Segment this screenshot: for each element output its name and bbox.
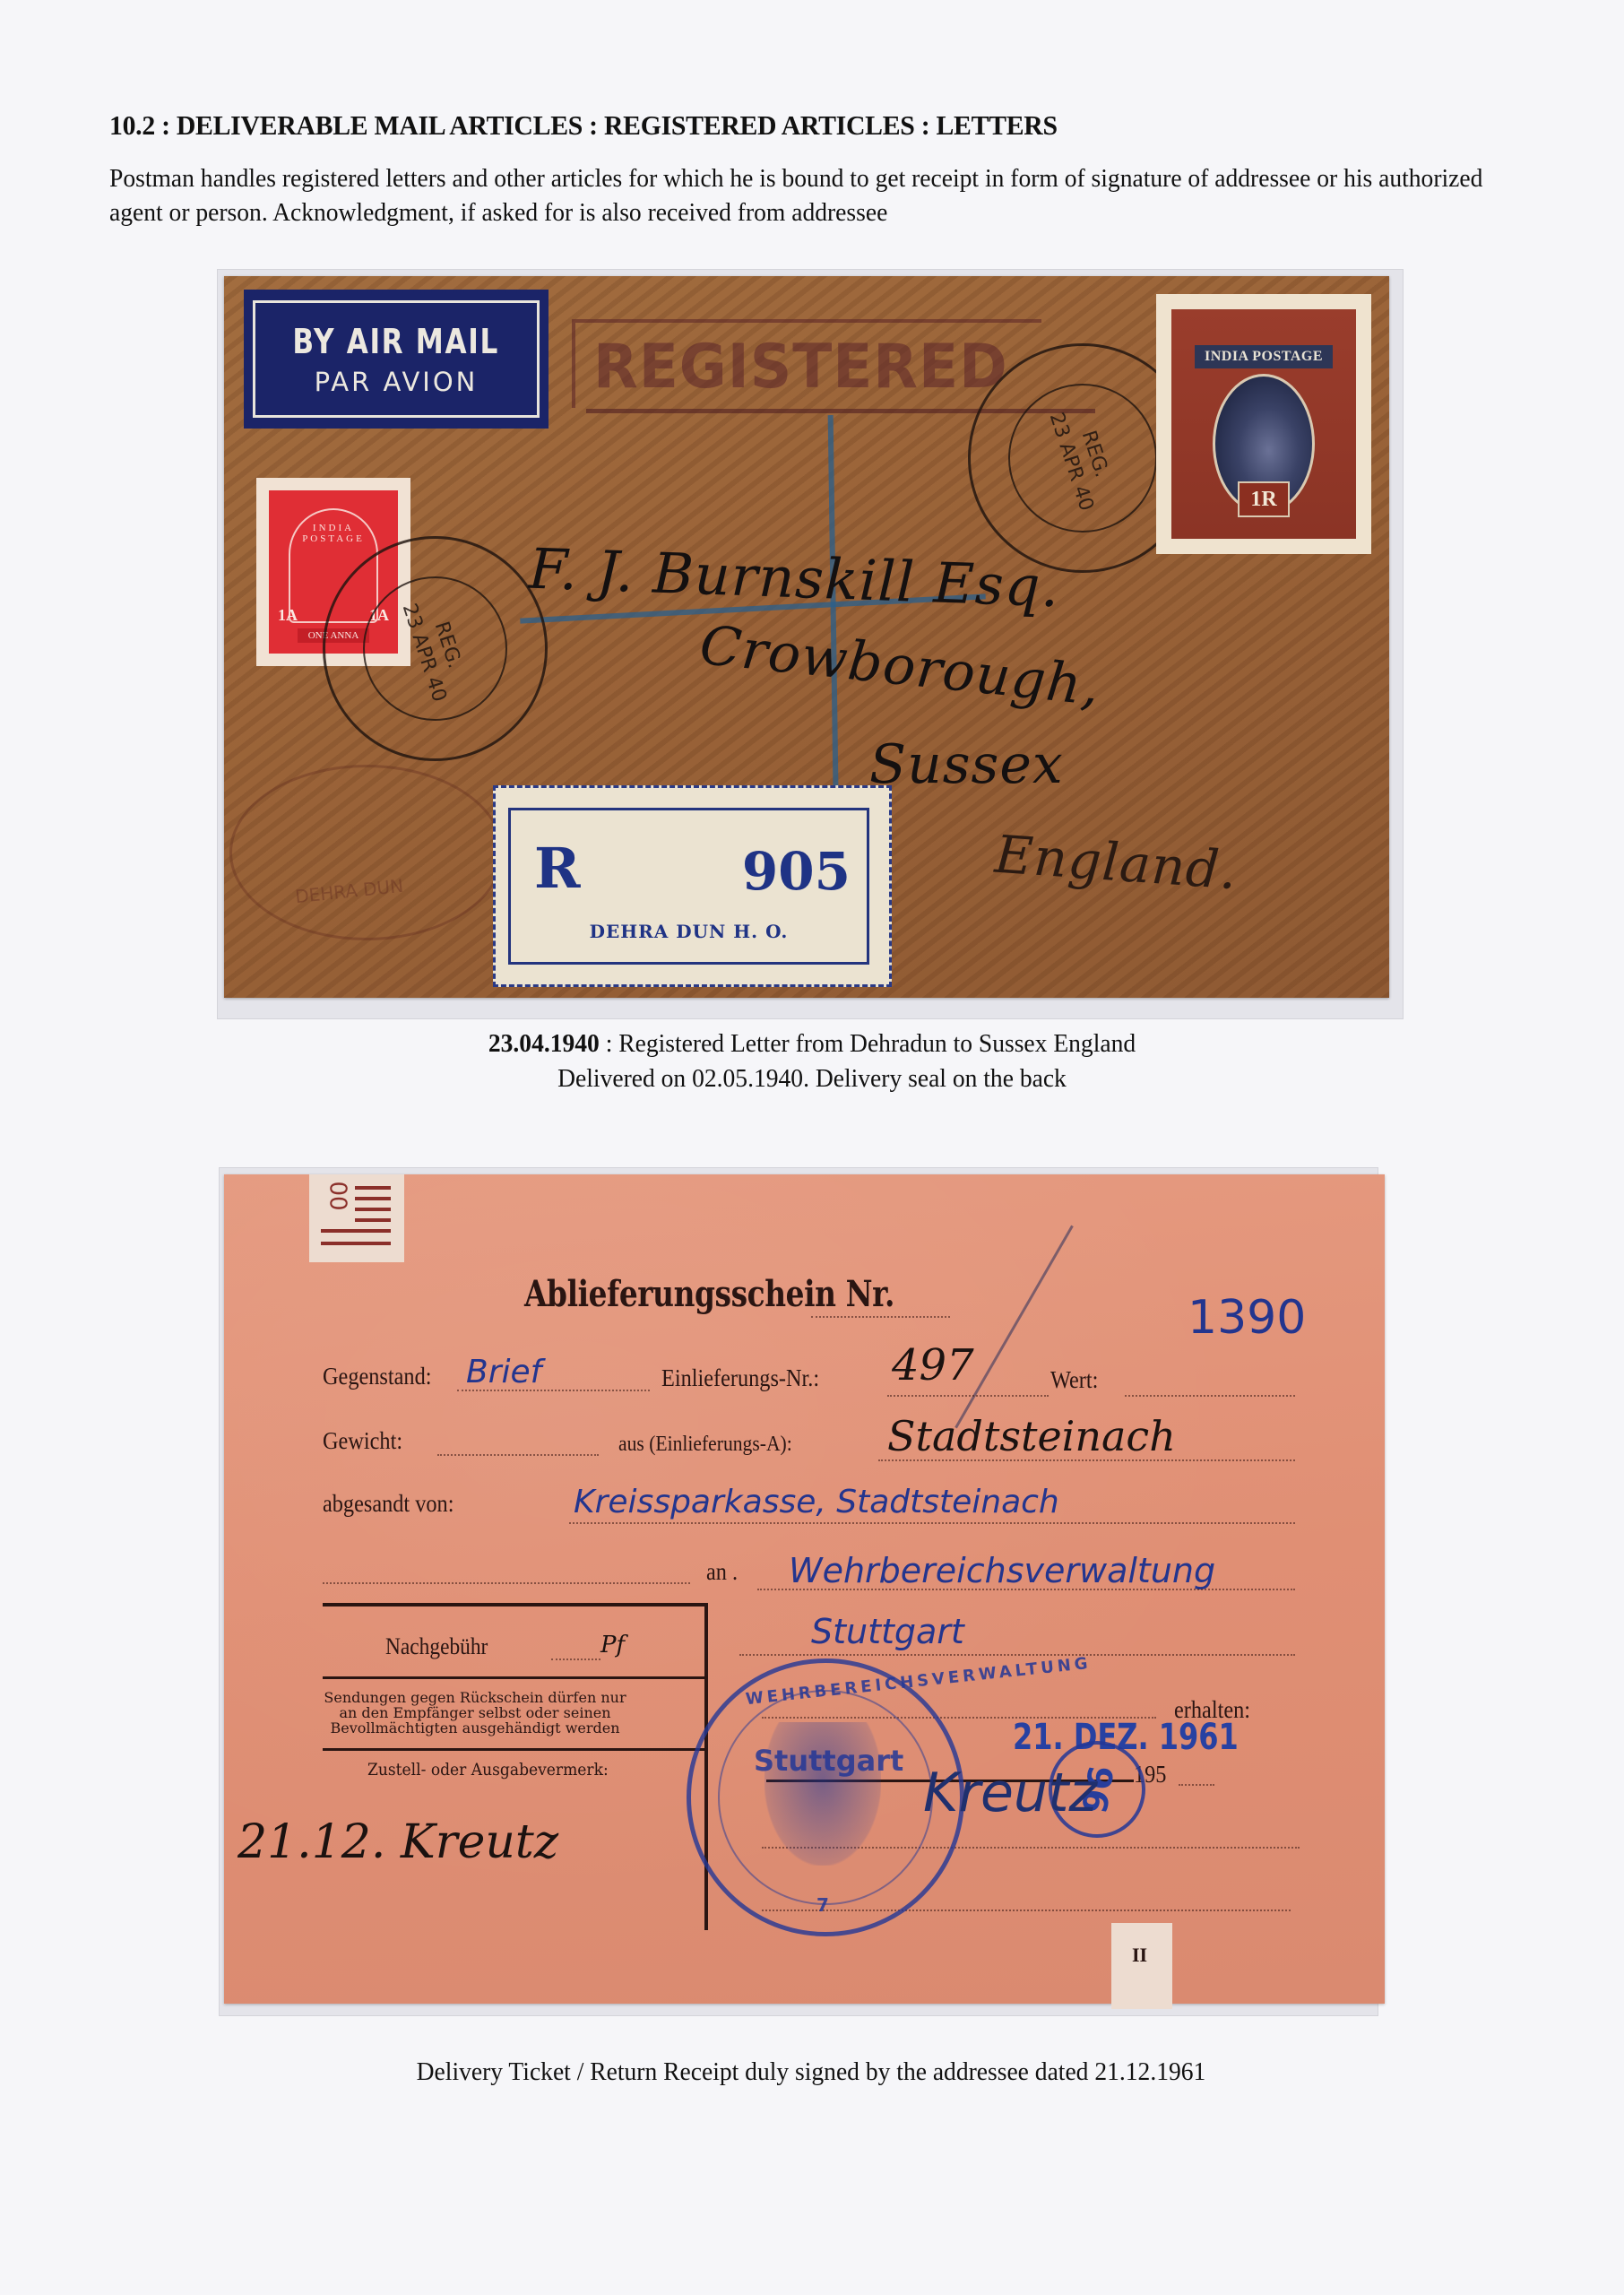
an-value-1: Wehrbereichsverwaltung — [789, 1551, 1215, 1590]
page-heading: 10.2 : DELIVERABLE MAIL ARTICLES : REGIS… — [109, 109, 1058, 142]
registered-envelope: BY AIR MAIL PAR AVION REGISTERED REG. 23… — [224, 276, 1389, 998]
card-number-handwritten: 1390 — [1188, 1291, 1306, 1345]
selvage-bottom-text: II — [1132, 1944, 1147, 1967]
an-label: an . — [706, 1558, 738, 1586]
selvage-top-text: 00 — [324, 1181, 351, 1210]
stamp-1a-value-left: 1A — [278, 606, 298, 625]
envelope-caption-line1: : Registered Letter from Dehradun to Sus… — [600, 1029, 1136, 1058]
aus-label: aus (Einlieferungs-A): — [618, 1433, 792, 1457]
abgesandt-label: abgesandt von: — [323, 1490, 454, 1518]
airmail-line2: PAR AVION — [315, 367, 479, 397]
reg-label-office: DEHRA DUN H. O. — [511, 921, 867, 942]
pencil-slash — [955, 1225, 1074, 1429]
address-line-2: Crowborough, — [697, 614, 1103, 718]
card-title: Ablieferungsschein Nr. — [524, 1273, 894, 1315]
address-line-3: Sussex — [869, 733, 1064, 796]
address-line-1: F. J. Burnskill Esq. — [528, 536, 1061, 620]
wert-label: Wert: — [1050, 1366, 1098, 1394]
einlieferungs-nr-value: 497 — [892, 1340, 974, 1390]
delivery-card: 00 Ablieferungsschein Nr. 1390 Gegenstan… — [224, 1174, 1385, 2004]
envelope-caption: 23.04.1940 : Registered Letter from Dehr… — [386, 1026, 1238, 1096]
zustell-label: Zustell- oder Ausgabevermerk: — [367, 1760, 609, 1780]
aus-value: Stadtsteinach — [887, 1412, 1176, 1460]
registered-handstamp: REGISTERED — [572, 319, 1041, 408]
airmail-line1: BY AIR MAIL — [293, 322, 500, 361]
address-line-4: England. — [993, 824, 1240, 902]
oval-handstamp-text: DEHRA DUN — [294, 875, 404, 908]
receiver-signature: Kreutz — [923, 1762, 1097, 1824]
zustell-value: 21.12. Kreutz — [238, 1815, 558, 1869]
stamp-1r-value: 1R — [1238, 481, 1290, 517]
abgesandt-value: Kreissparkasse, Stadtsteinach — [574, 1484, 1059, 1520]
registered-text: REGISTERED — [593, 332, 1008, 403]
airmail-label: BY AIR MAIL PAR AVION — [244, 290, 549, 429]
gegenstand-label: Gegenstand: — [323, 1363, 431, 1390]
nachgebuehr-value: Pf — [600, 1632, 625, 1658]
stamp-selvage-bottom: II — [1111, 1923, 1172, 2009]
stamp-one-rupee: INDIA POSTAGE 1R — [1156, 294, 1371, 554]
reg-label-prefix: R — [534, 836, 581, 901]
rueckschein-note: Sendungen gegen Rückschein dürfen nur an… — [323, 1690, 627, 1736]
oval-handstamp: DEHRA DUN — [229, 765, 504, 940]
registration-label: R 905 DEHRA DUN H. O. — [493, 785, 892, 987]
seal-arc-text: WEHRBEREICHSVERWALTUNG — [745, 1654, 1093, 1709]
envelope-caption-date: 23.04.1940 — [488, 1029, 600, 1058]
card-caption: Delivery Ticket / Return Receipt duly si… — [296, 2055, 1326, 2090]
gegenstand-value: Brief — [466, 1354, 541, 1390]
seal-numeral: 7 — [816, 1894, 829, 1916]
einlieferungs-nr-label: Einlieferungs-Nr.: — [661, 1364, 819, 1392]
reg-label-number: 905 — [742, 841, 851, 902]
an-value-2: Stuttgart — [811, 1612, 964, 1651]
stamp-1r-label: INDIA POSTAGE — [1195, 345, 1333, 368]
stamp-selvage-top: 00 — [309, 1174, 404, 1262]
gewicht-label: Gewicht: — [323, 1427, 402, 1455]
postmark-left: REG. 23 APR 40 — [323, 536, 548, 761]
seal-city: Stuttgart — [754, 1744, 903, 1778]
intro-paragraph: Postman handles registered letters and o… — [109, 161, 1506, 229]
envelope-caption-line2: Delivered on 02.05.1940. Delivery seal o… — [386, 1061, 1238, 1096]
nachgebuehr-label: Nachgebühr — [385, 1633, 488, 1660]
